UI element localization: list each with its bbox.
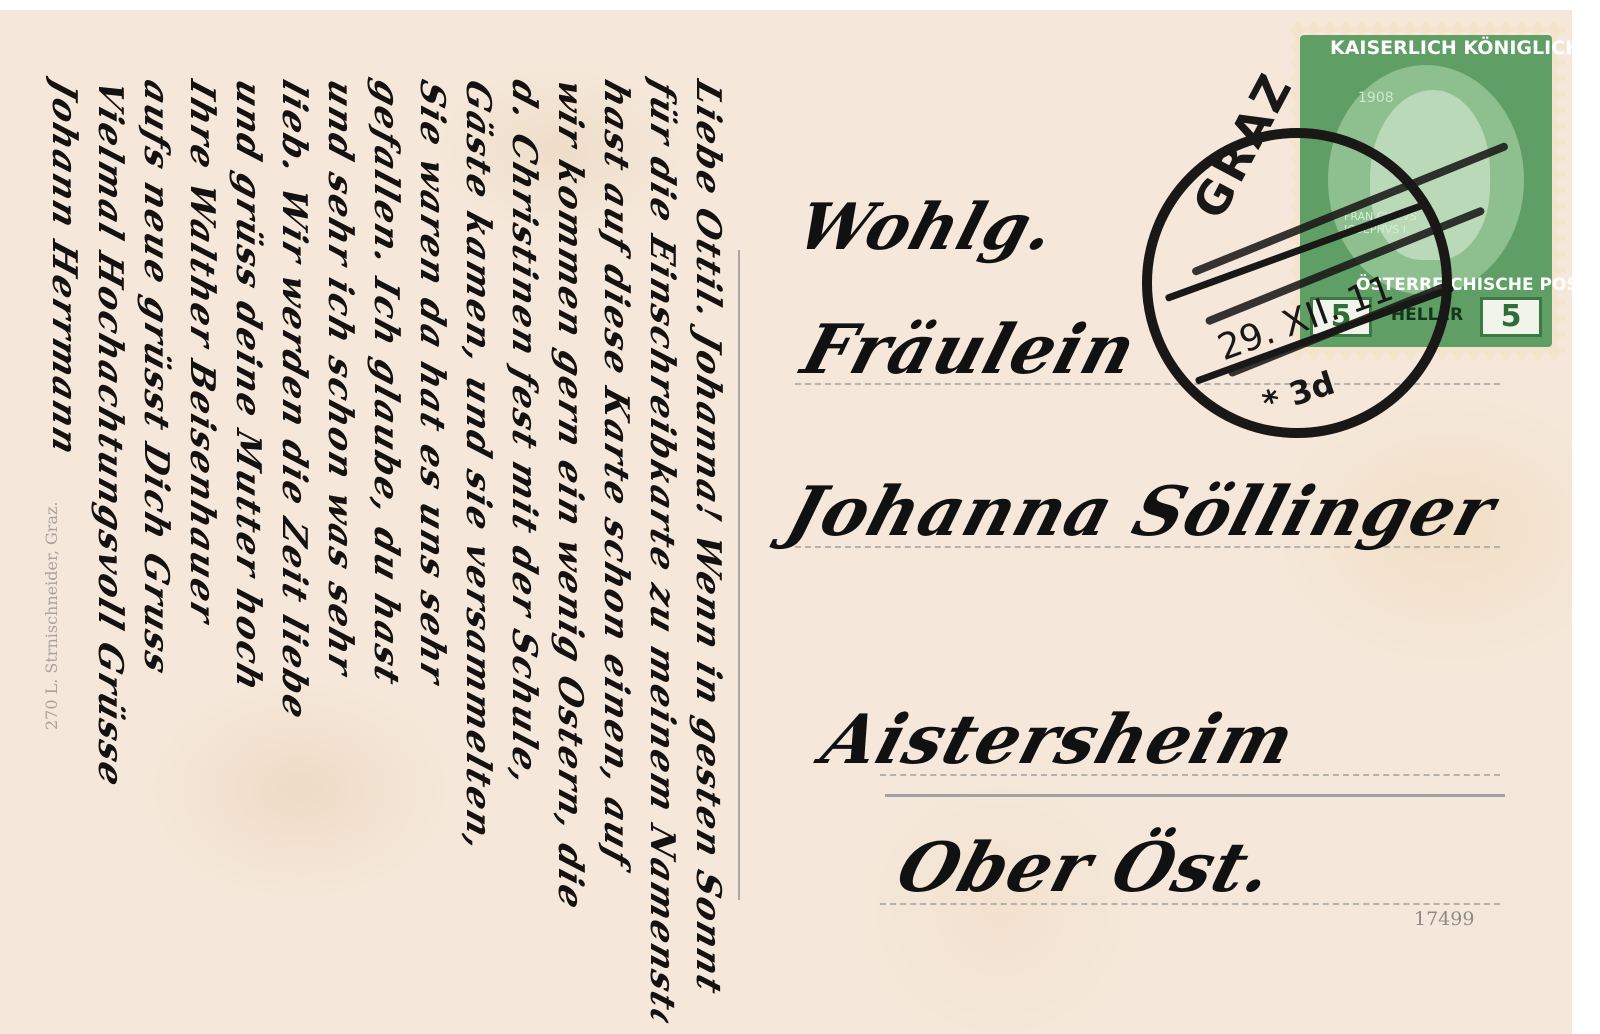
handwritten-message: Liebe Ottil. Johanna! Wenn in gesten Son… <box>20 40 740 1020</box>
message-line: aufs neue grüsst Dich Gruss <box>128 72 176 1028</box>
postmark-code: * 3d <box>1258 364 1339 423</box>
message-line: gefallen. Ich glaube, du hast <box>358 72 406 1028</box>
address-town: Aistersheim <box>814 700 1304 780</box>
serial-number: 17499 <box>1414 908 1474 930</box>
stamp-value-right: 5 <box>1480 297 1542 337</box>
message-line: Gäste kamen, und sie versammelten, <box>450 72 498 1028</box>
address-name: Johanna Söllinger <box>779 472 1505 552</box>
message-line: Liebe Ottil. Johanna! Wenn in gesten Son… <box>680 72 728 1028</box>
address-title: Fräulein <box>794 310 1146 390</box>
message-line: und grüss deine Mutter hoch <box>220 72 268 1028</box>
message-line: für die Einschreibkarte zu meinem Namens… <box>634 72 682 1028</box>
address-underline <box>885 794 1505 797</box>
message-line: Ihre Walther Beisenhauer <box>174 72 222 1028</box>
message-line: Sie waren da hat es uns sehr <box>404 72 452 1028</box>
message-line: und sehr ich schon was sehr <box>312 72 360 1028</box>
stamp-year: 1908 <box>1358 90 1394 106</box>
stamp-text-top: KAISERLICH KÖNIGLICHE <box>1330 37 1594 59</box>
message-line: d. Christinen fest mit der Schule, <box>496 72 544 1028</box>
address-salutation: Wohlg. <box>789 190 1064 265</box>
publisher-imprint: 270 L. Strnischneider, Graz. <box>42 400 66 730</box>
message-line: lieb. Wir werden die Zeit liebe <box>266 72 314 1028</box>
message-line: Vielmal Hochachtungsvoll Grüsse <box>82 72 130 1028</box>
address-region: Ober Öst. <box>889 828 1283 908</box>
center-divider <box>738 250 740 900</box>
message-line: hast auf diese Karte schon einen, auf <box>588 72 636 1028</box>
message-area: Liebe Ottil. Johanna! Wenn in gesten Son… <box>20 40 740 1030</box>
message-line: wir kommen gern ein wenig Ostern, die <box>542 72 590 1028</box>
